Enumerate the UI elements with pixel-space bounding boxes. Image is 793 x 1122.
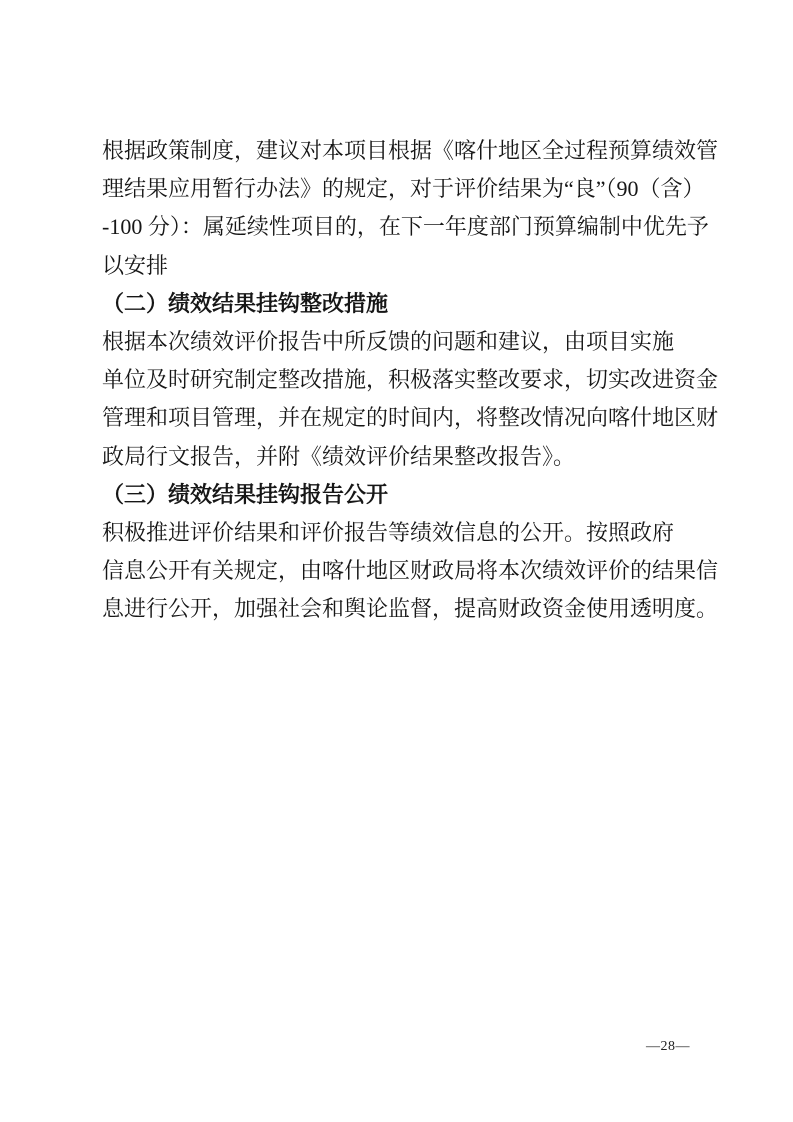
text-line: 管理和项目管理，并在规定的时间内，将整改情况向喀什地区财 (102, 399, 698, 437)
intro-paragraph-continuation: 根据政策制度，建议对本项目根据《喀什地区全过程预算绩效管 理结果应用暂行办法》的… (102, 132, 698, 285)
section-3-report-disclosure: （三）绩效结果挂钩报告公开 积极推进评价结果和评价报告等绩效信息的公开。按照政府… (102, 476, 698, 629)
text-line: 积极推进评价结果和评价报告等绩效信息的公开。按照政府 (102, 514, 698, 552)
page-number: —28— (646, 1038, 690, 1056)
text-line: 单位及时研究制定整改措施，积极落实整改要求，切实改进资金 (102, 361, 698, 399)
text-line: 根据政策制度，建议对本项目根据《喀什地区全过程预算绩效管 (102, 132, 698, 170)
text-line: 政局行文报告，并附《绩效评价结果整改报告》。 (102, 438, 698, 476)
section-2-heading: （二）绩效结果挂钩整改措施 (102, 285, 698, 323)
document-body: 根据政策制度，建议对本项目根据《喀什地区全过程预算绩效管 理结果应用暂行办法》的… (102, 132, 698, 629)
document-page: 根据政策制度，建议对本项目根据《喀什地区全过程预算绩效管 理结果应用暂行办法》的… (0, 0, 793, 1122)
text-line: 理结果应用暂行办法》的规定，对于评价结果为“良”（90（含） (102, 170, 698, 208)
text-line: 以安排 (102, 247, 698, 285)
text-line: 息进行公开，加强社会和舆论监督，提高财政资金使用透明度。 (102, 590, 698, 628)
section-3-heading: （三）绩效结果挂钩报告公开 (102, 476, 698, 514)
text-line: -100 分）：属延续性项目的，在下一年度部门预算编制中优先予 (102, 208, 698, 246)
text-line: 信息公开有关规定，由喀什地区财政局将本次绩效评价的结果信 (102, 552, 698, 590)
section-2-rectification-measures: （二）绩效结果挂钩整改措施 根据本次绩效评价报告中所反馈的问题和建议，由项目实施… (102, 285, 698, 476)
text-line: 根据本次绩效评价报告中所反馈的问题和建议，由项目实施 (102, 323, 698, 361)
